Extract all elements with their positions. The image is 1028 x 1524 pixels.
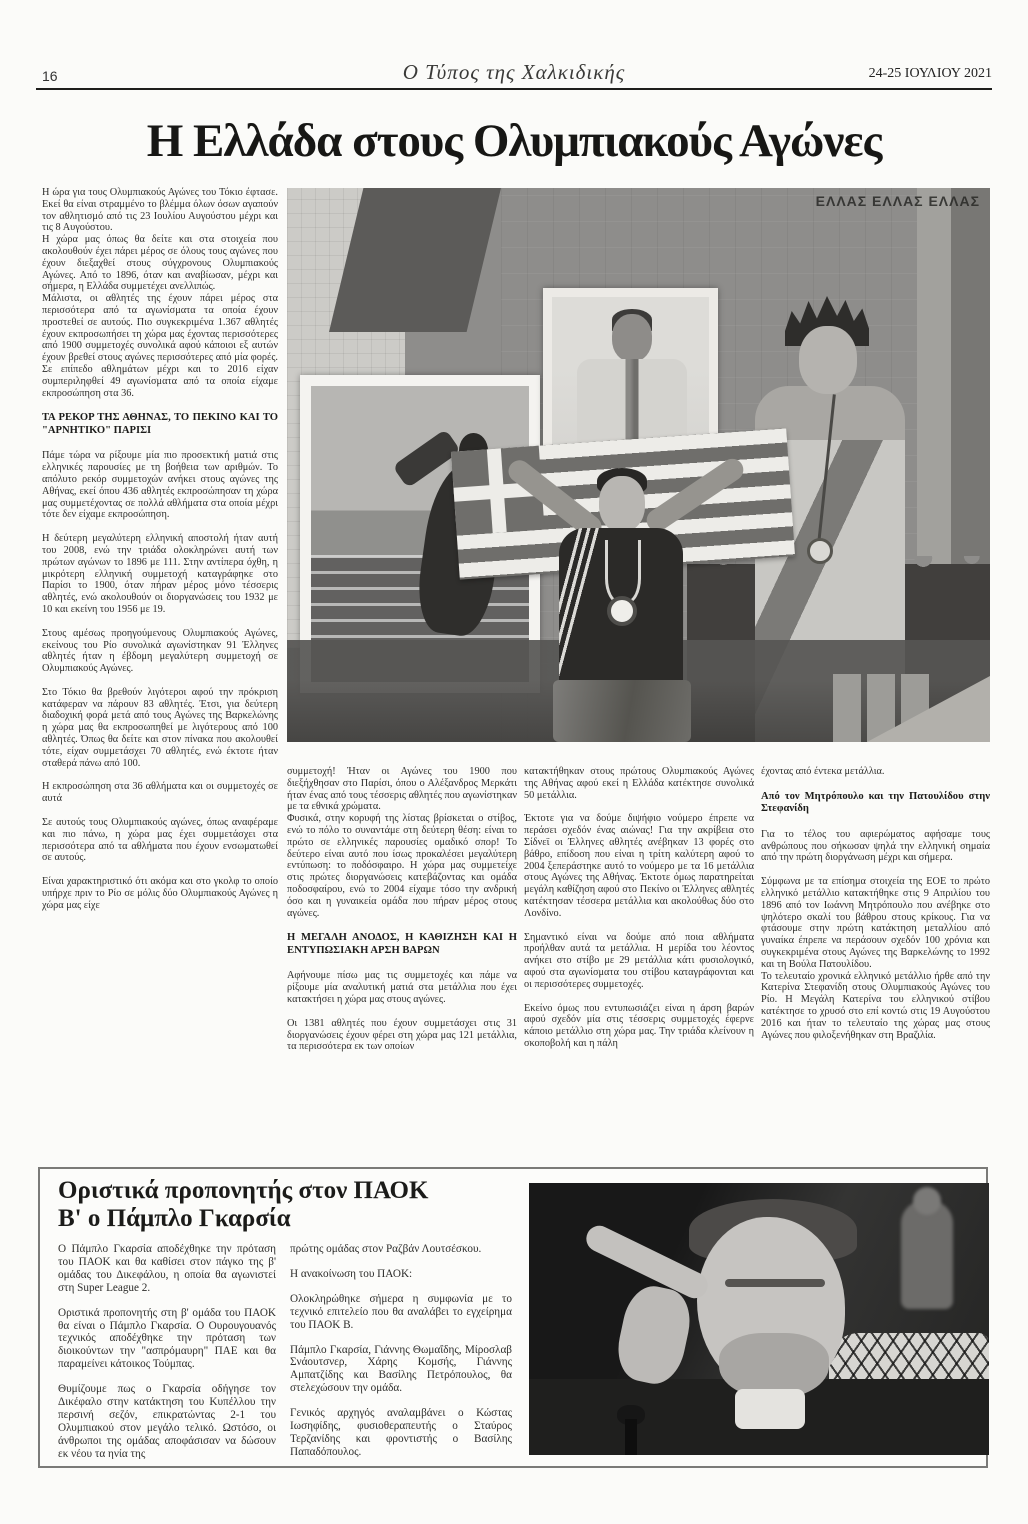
flag-man-medal (607, 596, 637, 626)
microphone-stand (625, 1419, 637, 1455)
trophy-silhouette (901, 1201, 953, 1309)
paragraph: Για το τέλος του αφιερώματος αφήσαμε του… (761, 829, 990, 864)
paragraph: Αφήνουμε πίσω μας τις συμμετοχές και πάμ… (287, 970, 517, 1005)
olympics-column-3: κατακτήθηκαν στους πρώτους Ολυμπιακούς Α… (524, 766, 754, 1160)
header-rule (36, 88, 992, 90)
paragraph: Γενικός αρχηγός αναλαμβάνει ο Κώστας Ιωσ… (290, 1407, 512, 1459)
paragraph: Έκτοτε για να δούμε διψήφιο νούμερο έπρε… (524, 813, 754, 919)
paragraph: Ολοκληρώθηκε σήμερα η συμφωνία με το τεχ… (290, 1293, 512, 1332)
paragraph: Σημαντικό είναι να δούμε από ποια αθλήμα… (524, 932, 754, 991)
paok-column-2: πρώτης ομάδας στον Ραζβάν Λουτσέσκου. Η … (290, 1243, 512, 1459)
paok-headline-line1: Οριστικά προπονητής στον ΠΑΟΚ (58, 1177, 428, 1204)
paragraph: Η χώρα μας όπως θα δείτε και στα στοιχεί… (42, 234, 278, 293)
paragraph: έχοντας από έντεκα μετάλλια. (761, 766, 990, 778)
coach-hand (612, 1281, 697, 1389)
paragraph: Η δεύτερη μεγαλύτερη ελληνική αποστολή ή… (42, 533, 278, 616)
paragraph: Πάμπλο Γκαρσία, Γιάννης Θωμαΐδης, Μίροσλ… (290, 1344, 512, 1396)
stadium-pillar (833, 674, 861, 742)
paragraph: Στους αμέσως προηγούμενους Ολυμπιακούς Α… (42, 628, 278, 675)
main-headline: Η Ελλάδα στους Ολυμπιακούς Αγώνες (40, 114, 988, 168)
paragraph: Η εκπροσώπηση στα 36 αθλήματα και οι συμ… (42, 781, 278, 805)
newspaper-page: 16 Ο Τύπος της Χαλκιδικής 24-25 ΙΟΥΛΙΟΥ … (0, 0, 1028, 1524)
wreath-athlete-face (799, 326, 857, 394)
press-conference-photo (529, 1183, 989, 1455)
olympics-column-2: συμμετοχή! Ήταν οι Αγώνες του 1900 που δ… (287, 766, 517, 1160)
flag-man-medal-cord (605, 540, 641, 604)
paragraph: Εκείνο όμως που εντυπωσιάζει είναι η άρσ… (524, 1003, 754, 1050)
shirt-collar (735, 1389, 805, 1429)
paragraph: Η ώρα για τους Ολυμπιακούς Αγώνες του Τό… (42, 187, 278, 234)
olympics-column-4: έχοντας από έντεκα μετάλλια. Από τον Μητ… (761, 766, 990, 1160)
flag-man-shorts (553, 680, 691, 742)
paragraph: Το τελευταίο χρονικά ελληνικό μετάλλιο ή… (761, 971, 990, 1042)
paok-headline: Οριστικά προπονητής στον ΠΑΟΚ Β' ο Πάμπλ… (58, 1177, 428, 1233)
edition-date: 24-25 ΙΟΥΛΙΟΥ 2021 (869, 66, 992, 82)
subheading-records: ΤΑ ΡΕΚΟΡ ΤΗΣ ΑΘΗΝΑΣ, ΤΟ ΠΕΚΙΝΟ ΚΑΙ ΤΟ "Α… (42, 412, 278, 437)
wreath-athlete-medal (807, 538, 833, 564)
paragraph: Σε αυτούς τους Ολυμπιακούς αγώνες, όπως … (42, 817, 278, 864)
olympics-column-1: Η ώρα για τους Ολυμπιακούς Αγώνες του Τό… (42, 187, 278, 1159)
paragraph: Πάμε τώρα να ρίξουμε μία πιο προσεκτική … (42, 450, 278, 521)
paragraph: Η ανακοίνωση του ΠΑΟΚ: (290, 1268, 512, 1281)
paragraph: Οριστικά προπονητής στη β' ομάδα του ΠΑΟ… (58, 1307, 276, 1372)
subheading-medals: Η ΜΕΓΑΛΗ ΑΝΟΔΟΣ, Η ΚΑΘΙΖΗΣΗ ΚΑΙ Η ΕΝΤΥΠΩ… (287, 932, 517, 957)
paragraph: Ο Πάμπλο Γκαρσία αποδέχθηκε την πρόταση … (58, 1243, 276, 1295)
trophy-top (913, 1187, 941, 1215)
paragraph: συμμετοχή! Ήταν οι Αγώνες του 1900 που δ… (287, 766, 517, 813)
paragraph: Φυσικά, στην κορυφή της λίστας βρίσκεται… (287, 813, 517, 919)
subheading-mitropoulos: Από τον Μητρόπουλο και την Πατουλίδου στ… (761, 791, 990, 816)
paragraph: Θυμίζουμε πως ο Γκαρσία οδήγησε τον Δικέ… (58, 1383, 276, 1459)
paragraph: Οι 1381 αθλητές που έχουν συμμετάσχει στ… (287, 1018, 517, 1053)
paragraph: Στο Τόκιο θα βρεθούν λιγότεροι αφού την … (42, 687, 278, 770)
paok-column-1: Ο Πάμπλο Γκαρσία αποδέχθηκε την πρόταση … (58, 1243, 276, 1459)
paragraph: Είναι χαρακτηριστικό ότι ακόμα και στο γ… (42, 876, 278, 911)
paragraph: πρώτης ομάδας στον Ραζβάν Λουτσέσκου. (290, 1243, 512, 1256)
paragraph: Μάλιστα, οι αθλητές της έχουν πάρει μέρο… (42, 293, 278, 399)
flag-man-head (599, 476, 645, 532)
coach-brow (725, 1279, 825, 1287)
ellas-overlay-text: ΕΛΛΑΣ ΕΛΛΑΣ ΕΛΛΑΣ (816, 193, 980, 209)
paok-headline-line2: Β' ο Πάμπλο Γκαρσία (58, 1205, 291, 1232)
olympics-photo-collage: ΕΛΛΑΣ ΕΛΛΑΣ ΕΛΛΑΣ (287, 188, 990, 742)
paragraph: κατακτήθηκαν στους πρώτους Ολυμπιακούς Α… (524, 766, 754, 801)
podium-athlete-head (612, 314, 653, 362)
paok-article-box: Οριστικά προπονητής στον ΠΑΟΚ Β' ο Πάμπλ… (38, 1167, 988, 1468)
paragraph: Σύμφωνα με τα επίσημα στοιχεία της ΕΟΕ τ… (761, 876, 990, 970)
